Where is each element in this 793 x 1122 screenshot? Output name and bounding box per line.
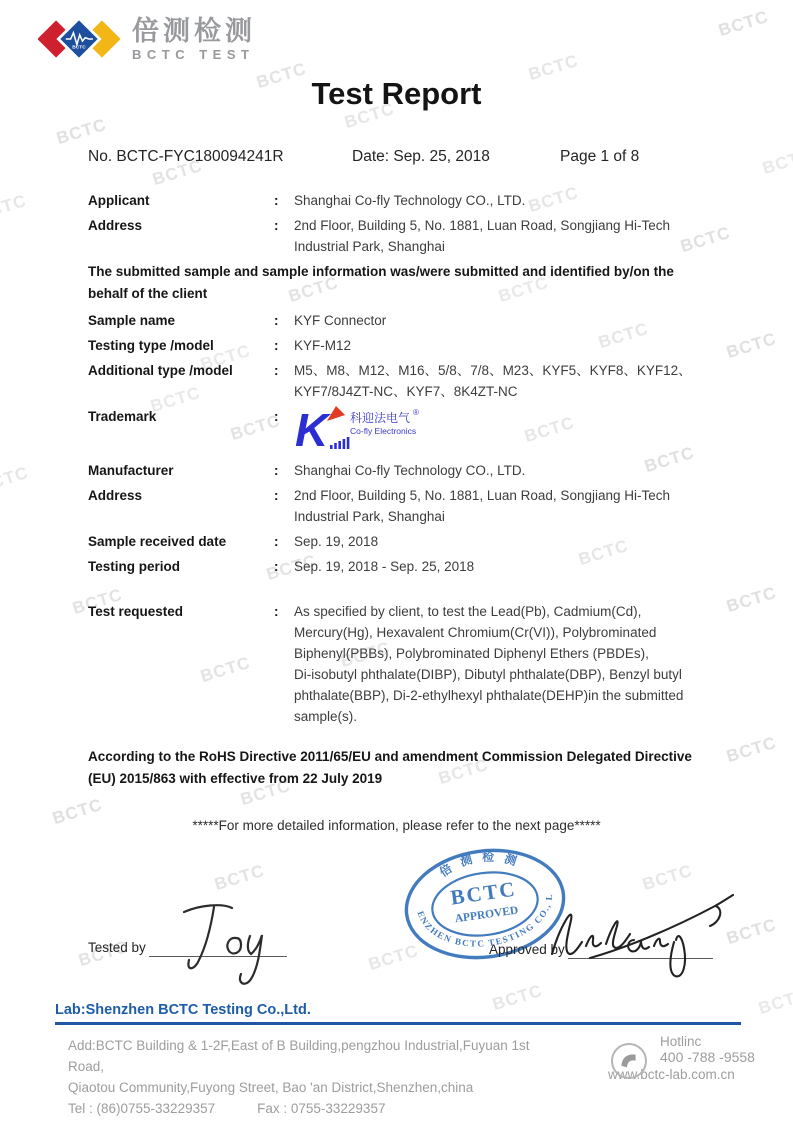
fax: Fax : 0755-33229357: [257, 1101, 385, 1116]
field-value: 2nd Floor, Building 5, No. 1881, Luan Ro…: [294, 485, 710, 527]
field-colon: :: [274, 310, 294, 331]
trademark-red-wedge-icon: [327, 406, 345, 421]
address-line-1: Add:BCTC Building & 1-2F,East of B Build…: [68, 1035, 548, 1077]
watermark-text: BCTC: [724, 583, 779, 617]
registered-mark: ®: [413, 408, 419, 417]
footer: Lab:Shenzhen BCTC Testing Co.,Ltd. Add:B…: [0, 1002, 793, 1119]
field-row-applicant: Applicant : Shanghai Co-fly Technology C…: [88, 190, 710, 211]
trademark-en-text: Co-fly Electronics: [350, 426, 416, 436]
tested-by-signature: [150, 896, 300, 991]
address-line: Industrial Park, Shanghai: [294, 506, 710, 527]
field-label: Applicant: [88, 190, 274, 211]
field-colon: :: [274, 360, 294, 402]
report-body: Applicant : Shanghai Co-fly Technology C…: [88, 190, 710, 795]
watermark-text: BCTC: [760, 145, 793, 179]
report-date: Date: Sep. 25, 2018: [352, 148, 560, 166]
lab-name: Lab:Shenzhen BCTC Testing Co.,Ltd.: [55, 1002, 793, 1018]
watermark-text: BCTC: [54, 115, 109, 149]
field-colon: :: [274, 601, 294, 727]
model-line: KYF7/8J4ZT-NC、KYF7、8K4ZT-NC: [294, 381, 710, 402]
watermark-text: BCTC: [724, 329, 779, 363]
field-label: Address: [88, 215, 274, 257]
phone-icon: [608, 1040, 650, 1082]
field-colon: :: [274, 406, 294, 427]
watermark-text: BCTC: [0, 463, 31, 497]
bctc-logo-mark: BCTC: [38, 10, 120, 68]
field-value: KYF-M12: [294, 335, 710, 356]
test-requested-line: Biphenyl(PBBs), Polybrominated Diphenyl …: [294, 643, 710, 664]
test-requested-line: phthalate(BBP), Di-2-ethylhexyl phthalat…: [294, 685, 710, 706]
approved-by-signature: [540, 890, 740, 990]
field-colon: :: [274, 531, 294, 552]
field-colon: :: [274, 485, 294, 527]
address-line-2: Qiaotou Community,Fuyong Street, Bao 'an…: [68, 1077, 548, 1098]
field-row-sample-received: Sample received date : Sep. 19, 2018: [88, 531, 710, 552]
trademark-k-letter: K: [295, 406, 331, 452]
lab-address: Add:BCTC Building & 1-2F,East of B Build…: [68, 1035, 548, 1119]
hotline-label: Hotlinc: [660, 1034, 778, 1049]
field-value: M5、M8、M12、M16、5/8、7/8、M23、KYF5、KYF8、KYF1…: [294, 360, 710, 402]
trademark-cn-text: 科迎法电气: [350, 410, 410, 425]
field-value: Shanghai Co-fly Technology CO., LTD.: [294, 190, 710, 211]
hotline-block: Hotlinc 400 -788 -9558 www.bctc-lab.com.…: [608, 1034, 778, 1082]
more-info-note: *****For more detailed information, plea…: [0, 818, 793, 833]
field-row-sample-name: Sample name : KYF Connector: [88, 310, 710, 331]
brand-name-cn: 倍测检测: [132, 16, 256, 46]
field-value: Sep. 19, 2018 - Sep. 25, 2018: [294, 556, 710, 577]
watermark-text: BCTC: [0, 191, 29, 225]
footer-rule: [55, 1022, 741, 1025]
field-row-testing-period: Testing period : Sep. 19, 2018 - Sep. 25…: [88, 556, 710, 577]
field-label: Sample name: [88, 310, 274, 331]
test-report-page: BCTCBCTCBCTCBCTCBCTCBCTCBCTCBCTCBCTCBCTC…: [0, 0, 793, 1122]
rohs-note: According to the RoHS Directive 2011/65/…: [88, 746, 710, 790]
field-value: 2nd Floor, Building 5, No. 1881, Luan Ro…: [294, 215, 710, 257]
tel: Tel : (86)0755-33229357: [68, 1101, 215, 1116]
watermark-text: BCTC: [716, 7, 771, 41]
field-label: Testing period: [88, 556, 274, 577]
field-value: KYF Connector: [294, 310, 710, 331]
field-row-manufacturer: Manufacturer : Shanghai Co-fly Technolog…: [88, 460, 710, 481]
brand-name-en: BCTC TEST: [132, 47, 256, 62]
field-label: Additional type /model: [88, 360, 274, 402]
test-requested-line: sample(s).: [294, 706, 710, 727]
test-requested-line: As specified by client, to test the Lead…: [294, 601, 710, 622]
brand-text: 倍测检测 BCTC TEST: [132, 16, 256, 62]
address-line: 2nd Floor, Building 5, No. 1881, Luan Ro…: [294, 215, 710, 236]
field-value: Shanghai Co-fly Technology CO., LTD.: [294, 460, 710, 481]
address-line: 2nd Floor, Building 5, No. 1881, Luan Ro…: [294, 485, 710, 506]
client-note: The submitted sample and sample informat…: [88, 261, 710, 305]
field-label: Test requested: [88, 601, 274, 727]
signoff-section: 倍 测 检 测 SHENZHEN BCTC TESTING CO., LTD B…: [0, 840, 793, 1010]
field-colon: :: [274, 335, 294, 356]
field-label: Testing type /model: [88, 335, 274, 356]
field-row-testing-type: Testing type /model : KYF-M12: [88, 335, 710, 356]
field-value: K 科迎法电气 ® Co-fly Electronics: [294, 406, 710, 458]
watermark-text: BCTC: [724, 733, 779, 767]
stamp-bctc-text: BCTC: [449, 877, 518, 910]
field-row-manufacturer-address: Address : 2nd Floor, Building 5, No. 188…: [88, 485, 710, 527]
address-line: Industrial Park, Shanghai: [294, 236, 710, 257]
cofly-trademark-logo: K 科迎法电气 ® Co-fly Electronics: [294, 406, 454, 452]
field-row-applicant-address: Address : 2nd Floor, Building 5, No. 188…: [88, 215, 710, 257]
field-colon: :: [274, 460, 294, 481]
test-requested-line: Di-isobutyl phthalate(DIBP), Dibutyl pht…: [294, 664, 710, 685]
field-label: Address: [88, 485, 274, 527]
page-indicator: Page 1 of 8: [560, 148, 639, 166]
field-label: Sample received date: [88, 531, 274, 552]
field-label: Manufacturer: [88, 460, 274, 481]
model-line: M5、M8、M12、M16、5/8、7/8、M23、KYF5、KYF8、KYF1…: [294, 360, 710, 381]
field-value: As specified by client, to test the Lead…: [294, 601, 710, 727]
trademark-signal-bars-icon: [330, 437, 349, 449]
field-value: Sep. 19, 2018: [294, 531, 710, 552]
report-number: No. BCTC-FYC180094241R: [88, 148, 352, 166]
field-row-additional-type: Additional type /model : M5、M8、M12、M16、5…: [88, 360, 710, 402]
report-meta: No. BCTC-FYC180094241R Date: Sep. 25, 20…: [88, 148, 733, 166]
bctc-logo: BCTC 倍测检测 BCTC TEST: [38, 10, 256, 68]
field-label: Trademark: [88, 406, 274, 427]
field-colon: :: [274, 556, 294, 577]
tel-fax-line: Tel : (86)0755-33229357Fax : 0755-332293…: [68, 1098, 548, 1119]
field-colon: :: [274, 215, 294, 257]
logo-badge-text: BCTC: [72, 45, 86, 51]
field-colon: :: [274, 190, 294, 211]
field-row-test-requested: Test requested : As specified by client,…: [88, 601, 710, 727]
field-row-trademark: Trademark : K 科迎法电气 ® Co-fly Electronics: [88, 406, 710, 456]
page-title: Test Report: [0, 76, 793, 112]
tested-by-label: Tested by: [88, 940, 146, 955]
test-requested-line: Mercury(Hg), Hexavalent Chromium(Cr(VI))…: [294, 622, 710, 643]
hotline-number: 400 -788 -9558: [660, 1049, 778, 1065]
